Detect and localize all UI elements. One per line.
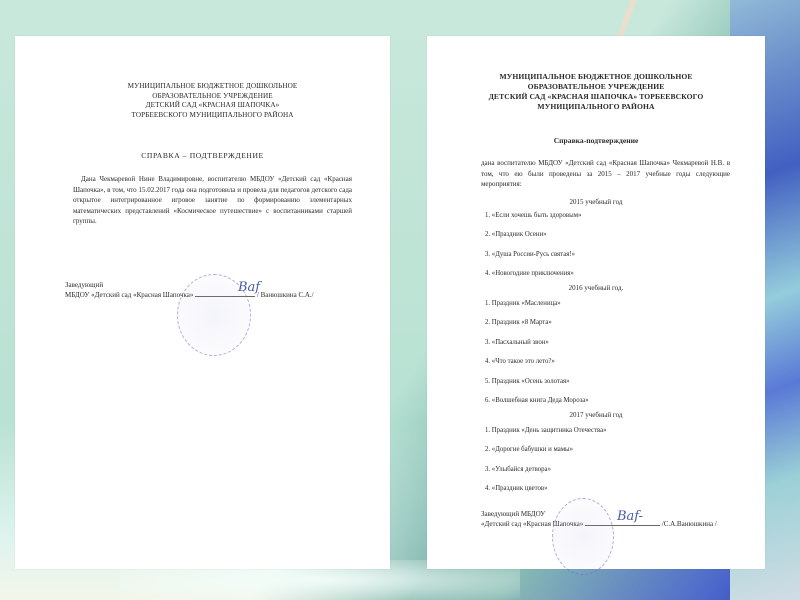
header-line: МУНИЦИПАЛЬНОЕ БЮДЖЕТНОЕ ДОШКОЛЬНОЕ [427, 72, 765, 82]
event-item: 2. «Праздник Осени» [485, 225, 765, 245]
event-item: 3. «Пасхальный звон» [485, 333, 765, 353]
header-line: МУНИЦИПАЛЬНОГО РАЙОНА [427, 102, 765, 112]
year-heading-2015: 2015 учебный год [427, 198, 765, 206]
event-item: 5. Праздник «Осень золотая» [485, 372, 765, 392]
year-heading-2017: 2017 учебный год [427, 411, 765, 419]
event-item: 1. Праздник «День защитника Отечества» [485, 421, 765, 441]
event-item: 4. «Праздник цветов» [485, 479, 765, 499]
events-list-2016: 1. Праздник «Масленица» 2. Праздник «8 М… [427, 294, 765, 411]
event-item: 2. «Дорогие бабушки и мамы» [485, 440, 765, 460]
event-item: 1. Праздник «Масленица» [485, 294, 765, 314]
event-item: 1. «Если хочешь быть здоровым» [485, 206, 765, 226]
header-line: ТОРБЕЕВСКОГО МУНИЦИПАЛЬНОГО РАЙОНА [35, 111, 390, 121]
signature-name: / Ванюшкина С.А./ [257, 291, 314, 299]
document-body: Дана Чекмаревой Нине Владимировне, воспи… [73, 174, 352, 227]
events-list-2017: 1. Праздник «День защитника Отечества» 2… [427, 421, 765, 499]
events-list-2015: 1. «Если хочешь быть здоровым» 2. «Празд… [427, 206, 765, 284]
header-line: ДЕТСКИЙ САД «КРАСНАЯ ШАПОЧКА» [35, 101, 390, 111]
year-heading-2016: 2016 учебный год. [427, 284, 765, 292]
event-item: 6. «Волшебная книга Деда Мороза» [485, 391, 765, 411]
signature-organization: МБДОУ «Детский сад «Красная Шапочка» [65, 291, 193, 299]
stamp-seal [552, 498, 614, 575]
certificate-document-right: МУНИЦИПАЛЬНОЕ БЮДЖЕТНОЕ ДОШКОЛЬНОЕ ОБРАЗ… [427, 36, 765, 569]
document-title: СПРАВКА – ПОДТВЕРЖДЕНИЕ [15, 151, 390, 160]
signature-name: /С.А.Ванюшкина / [662, 520, 717, 528]
header-line: МУНИЦИПАЛЬНОЕ БЮДЖЕТНОЕ ДОШКОЛЬНОЕ [35, 82, 390, 92]
background-decoration [617, 0, 636, 36]
handwritten-signature: Ваf- [617, 509, 643, 524]
handwritten-signature: Ваf [238, 280, 260, 295]
event-item: 3. «Улыбайся детвора» [485, 460, 765, 480]
header-line: ОБРАЗОВАТЕЛЬНОЕ УЧРЕЖДЕНИЕ [427, 82, 765, 92]
header-line: ОБРАЗОВАТЕЛЬНОЕ УЧРЕЖДЕНИЕ [35, 92, 390, 102]
event-item: 4. «Что такое это лето?» [485, 352, 765, 372]
document-body: дана воспитателю МБДОУ «Детский сад «Кра… [481, 158, 730, 190]
document-title: Справка-подтверждение [427, 136, 765, 145]
event-item: 2. Праздник «8 Марта» [485, 313, 765, 333]
event-item: 4. «Новогодние приключения» [485, 264, 765, 284]
certificate-document-left: МУНИЦИПАЛЬНОЕ БЮДЖЕТНОЕ ДОШКОЛЬНОЕ ОБРАЗ… [15, 36, 390, 569]
header-line: ДЕТСКИЙ САД «КРАСНАЯ ШАПОЧКА» ТОРБЕЕВСКО… [427, 92, 765, 102]
event-item: 3. «Душа России-Русь святая!» [485, 245, 765, 265]
institution-header: МУНИЦИПАЛЬНОЕ БЮДЖЕТНОЕ ДОШКОЛЬНОЕ ОБРАЗ… [35, 82, 390, 120]
institution-header: МУНИЦИПАЛЬНОЕ БЮДЖЕТНОЕ ДОШКОЛЬНОЕ ОБРАЗ… [427, 72, 765, 112]
